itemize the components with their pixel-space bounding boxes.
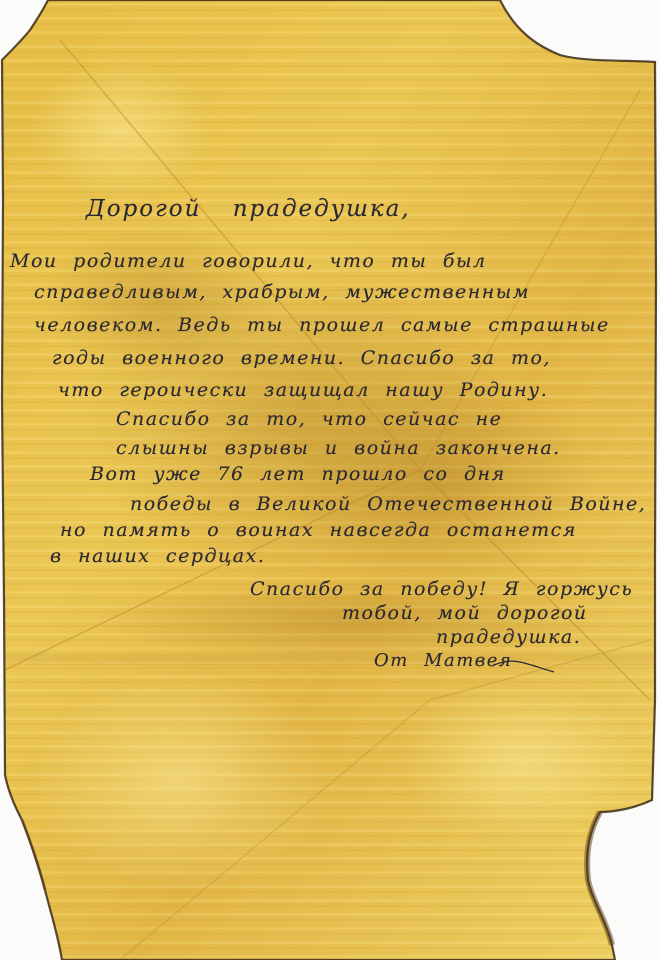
- body-line: справедливым, храбрым, мужественным: [34, 281, 530, 303]
- body-line: человеком. Ведь ты прошел самые страшные: [34, 314, 610, 336]
- closing-line: Спасибо за победу! Я горжусь: [250, 578, 633, 600]
- closing-line: прадедушка.: [436, 626, 581, 648]
- signature-flourish: [490, 650, 560, 680]
- body-line: но память о воинах навсегда останется: [60, 519, 577, 541]
- body-line: годы военного времени. Спасибо за то,: [52, 347, 551, 369]
- greeting: Дорогой прадедушка,: [86, 196, 411, 222]
- body-line: в наших сердцах.: [50, 545, 265, 567]
- body-line: победы в Великой Отечественной Войне,: [130, 493, 646, 515]
- body-line: Вот уже 76 лет прошло со дня: [90, 463, 506, 485]
- body-line: что героически защищал нашу Родину.: [58, 379, 548, 401]
- body-line: Спасибо за то, что сейчас не: [116, 408, 502, 430]
- body-line: слышны взрывы и война закончена.: [116, 437, 561, 459]
- letter-text: Дорогой прадедушка, Мои родители говорил…: [0, 0, 660, 960]
- body-line: Мои родители говорили, что ты был: [10, 250, 487, 272]
- closing-line: тобой, мой дорогой: [342, 602, 588, 624]
